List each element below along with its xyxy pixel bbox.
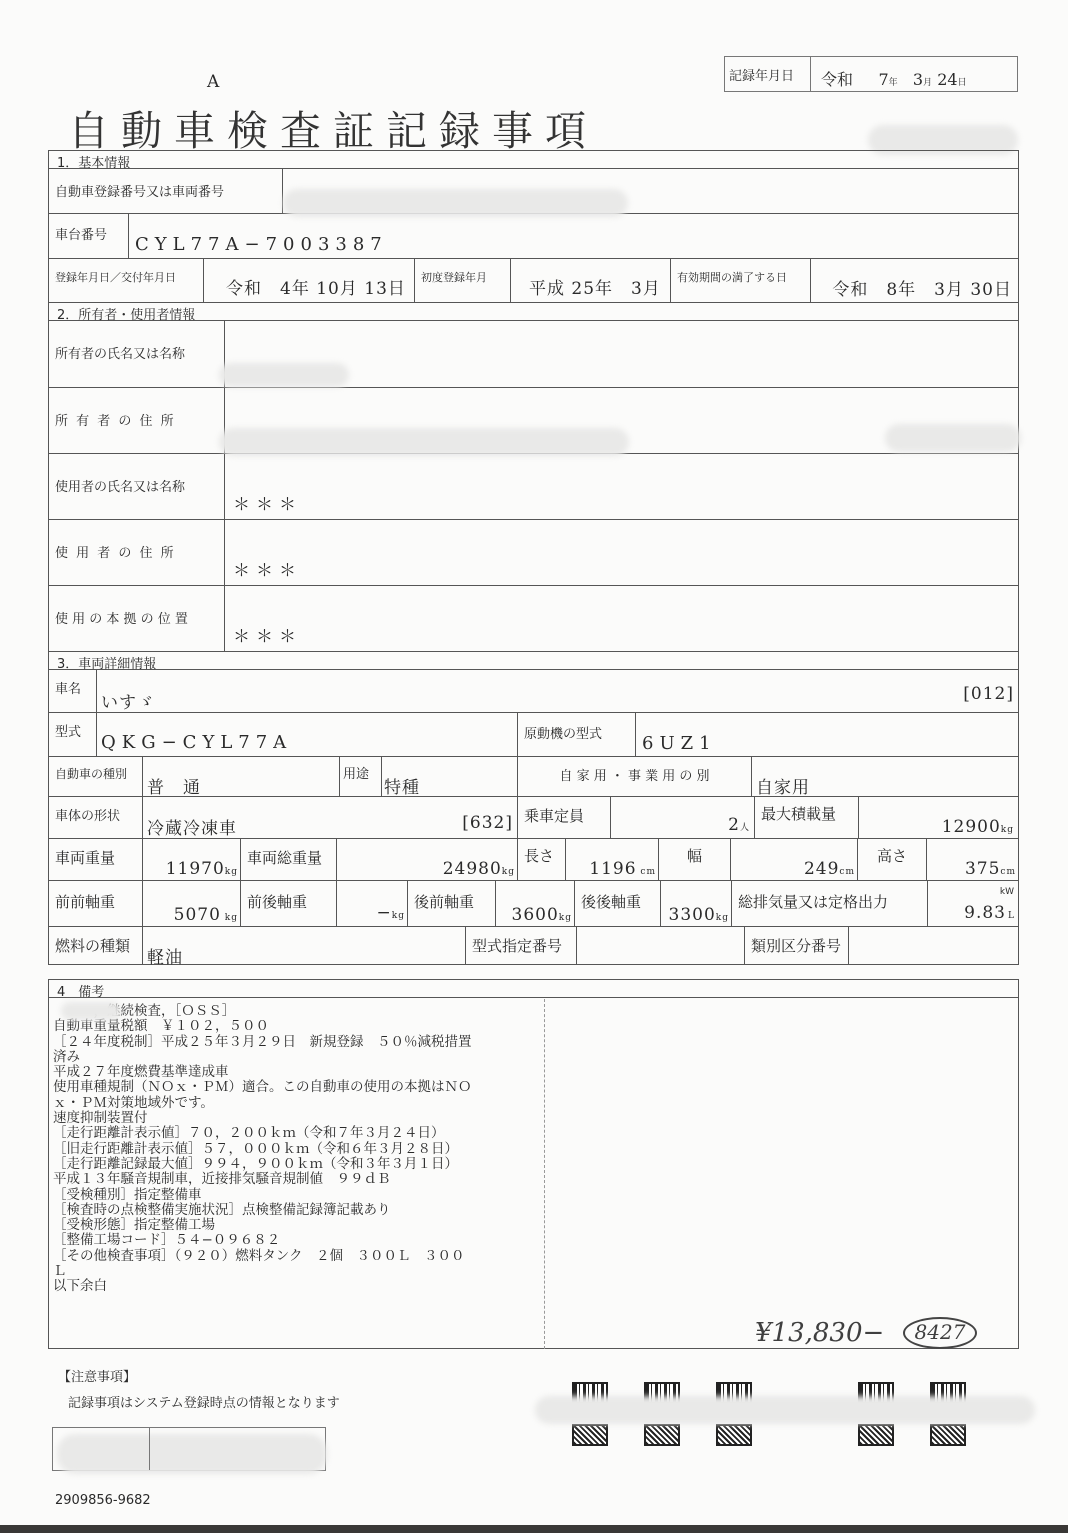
rr-axle-label: 後後軸重 bbox=[575, 881, 661, 926]
body-row: 車体の形状 冷蔵冷凍車 [632] 乗車定員 2人 最大積載量 12900kg bbox=[49, 797, 1018, 839]
fuel-label: 燃料の種類 bbox=[49, 927, 143, 964]
engine-label: 原動機の型式 bbox=[518, 713, 636, 756]
remarks-text: ，継続検査，［ＯＳＳ］自動車重量税額 ￥１０２，５００［２４年度税制］平成２５年… bbox=[53, 1004, 533, 1295]
form-mark: A bbox=[207, 72, 219, 92]
redacted-qr-strip bbox=[535, 1396, 1035, 1424]
inspection-form: 1．基本情報 自動車登録番号又は車両番号 車台番号 CYL77A−7003387… bbox=[48, 150, 1019, 965]
class-label: 自動車の種別 bbox=[49, 757, 143, 796]
remarks-line: ［走行距離計表示値］７０，２００ｋｍ（令和７年３月２４日） bbox=[53, 1126, 533, 1141]
rf-axle-value: 3600kg bbox=[512, 905, 572, 925]
qr-code-icon bbox=[572, 1424, 608, 1446]
remarks-line: 以下余白 bbox=[53, 1279, 533, 1294]
qr-code-icon bbox=[930, 1424, 966, 1446]
fr-axle-value: −kg bbox=[377, 903, 405, 923]
height-label: 高さ bbox=[858, 839, 927, 880]
desk-background bbox=[0, 1525, 1068, 1533]
owner-address-label: 所 有 者 の 住 所 bbox=[49, 388, 225, 453]
remarks-divider bbox=[544, 999, 545, 1349]
model-value: QKG−CYL77A bbox=[101, 732, 292, 753]
document-page: A 記録年月日 令和 7年 3月 24日 自動車検査証記録事項 1．基本情報 自… bbox=[0, 0, 1068, 1525]
redacted-owner-name bbox=[219, 363, 349, 387]
category-number-label: 類別区分番号 bbox=[745, 927, 849, 964]
fuel-row: 燃料の種類 軽油 型式指定番号 類別区分番号 bbox=[49, 927, 1018, 965]
capacity-value: 2人 bbox=[728, 815, 750, 835]
reg-number-label: 自動車登録番号又は車両番号 bbox=[49, 169, 283, 213]
notice-heading: 【注意事項】 bbox=[58, 1366, 136, 1385]
fuel-value: 軽油 bbox=[147, 943, 183, 968]
reg-date-label: 登録年月日／交付年月日 bbox=[49, 259, 204, 302]
owner-name-row: 所有者の氏名又は名称 bbox=[49, 321, 1018, 388]
user-name-row: 使用者の氏名又は名称 ＊＊＊ bbox=[49, 454, 1018, 520]
vehicle-name-label: 車名 bbox=[49, 670, 97, 712]
remarks-line: ｘ・ＰＭ対策地域外です。 bbox=[53, 1096, 533, 1111]
dimensions-row: 車両重量 11970kg 車両総重量 24980kg 長さ 1196 cm 幅 … bbox=[49, 839, 1018, 881]
length-label: 長さ bbox=[518, 839, 566, 880]
owner-name-label: 所有者の氏名又は名称 bbox=[49, 321, 225, 387]
remarks-line: ［旧走行距離計表示値］５７，０００ｋｍ（令和６年３月２８日） bbox=[53, 1142, 533, 1157]
width-value: 249cm bbox=[804, 859, 855, 879]
qr-code-icon bbox=[858, 1424, 894, 1446]
first-reg-label: 初度登録年月 bbox=[415, 259, 511, 302]
use-label: 用途 bbox=[340, 757, 382, 796]
redacted-remark bbox=[61, 1002, 121, 1020]
redacted-owner-address-2 bbox=[885, 424, 1021, 452]
section-owner-heading: 2．所有者・使用者情報 bbox=[49, 303, 1018, 321]
qr-code-icon bbox=[644, 1424, 680, 1446]
capacity-label: 乗車定員 bbox=[518, 797, 611, 838]
remarks-line: ［検査時の点検整備実施状況］点検整備記録簿記載あり bbox=[53, 1203, 533, 1218]
axle-row: 前前軸重 5070 kg 前後軸重 −kg 後前軸重 3600kg 後後軸重 3… bbox=[49, 881, 1018, 927]
record-date-label: 記録年月日 bbox=[725, 57, 811, 91]
redacted-stamp bbox=[57, 1434, 327, 1474]
reg-number-value bbox=[283, 169, 1018, 213]
remarks-line: ［その他検査事項］（９２０）燃料タンク ２個 ３００Ｌ ３００ bbox=[53, 1249, 533, 1264]
height-value: 375cm bbox=[965, 859, 1016, 879]
qr-code-icon bbox=[716, 1424, 752, 1446]
remarks-line: ［受検種別］指定整備車 bbox=[53, 1188, 533, 1203]
type-designation-value bbox=[577, 927, 745, 964]
remarks-line: Ｌ bbox=[53, 1264, 533, 1279]
remarks-heading: 4 備考 bbox=[49, 980, 1018, 998]
reg-number-row: 自動車登録番号又は車両番号 bbox=[49, 169, 1018, 214]
chassis-row: 車台番号 CYL77A−7003387 bbox=[49, 214, 1018, 259]
expiry-label: 有効期間の満了する日 bbox=[671, 259, 811, 302]
category-number-value bbox=[849, 927, 1018, 964]
redacted-owner-address bbox=[219, 428, 629, 456]
fr-axle-label: 前後軸重 bbox=[241, 881, 337, 926]
user-address-row: 使 用 者 の 住 所 ＊＊＊ bbox=[49, 520, 1018, 586]
remarks-section: 4 備考 ，継続検査，［ＯＳＳ］自動車重量税額 ￥１０２，５００［２４年度税制］… bbox=[48, 979, 1019, 1349]
max-load-value: 12900kg bbox=[942, 817, 1014, 837]
remarks-line: 使用車種規制（ＮＯｘ・ＰＭ）適合。この自動車の使用の本拠はＮＯ bbox=[53, 1080, 533, 1095]
use-value: 特種 bbox=[384, 773, 420, 798]
remarks-line: 済み bbox=[53, 1050, 533, 1065]
chassis-value: CYL77A−7003387 bbox=[135, 234, 388, 255]
body-shape-code: [632] bbox=[462, 813, 513, 833]
length-value: 1196 cm bbox=[589, 859, 656, 879]
remarks-line: ［２４年度税制］平成２５年３月２９日 新規登録 ５０％減税措置 bbox=[53, 1035, 533, 1050]
gross-weight-value: 24980kg bbox=[443, 859, 515, 879]
private-business-value: 自家用 bbox=[756, 773, 810, 798]
body-shape-value: 冷蔵冷凍車 bbox=[147, 814, 237, 839]
owner-address-row: 所 有 者 の 住 所 bbox=[49, 388, 1018, 454]
base-location-value: ＊＊＊ bbox=[233, 622, 302, 647]
vehicle-name-row: 車名 いすゞ [012] bbox=[49, 670, 1018, 713]
first-reg-value: 平成 25年 3月 bbox=[529, 274, 661, 299]
displacement-label: 総排気量又は定格出力 bbox=[732, 881, 928, 926]
handwritten-circled-number: 8427 bbox=[903, 1317, 977, 1349]
dates-row: 登録年月日／交付年月日 令和 4年 10月 13日 初度登録年月 平成 25年 … bbox=[49, 259, 1018, 303]
rr-axle-value: 3300kg bbox=[669, 905, 729, 925]
max-load-label: 最大積載量 bbox=[755, 797, 859, 838]
l-unit: L bbox=[1008, 911, 1014, 921]
record-date-value: 令和 7年 3月 24日 bbox=[811, 57, 1017, 91]
weight-value: 11970kg bbox=[166, 859, 238, 879]
expiry-value: 令和 8年 3月 30日 bbox=[832, 275, 1012, 300]
model-row: 型式 QKG−CYL77A 原動機の型式 6UZ1 bbox=[49, 713, 1018, 757]
section-vehicle-heading: 3．車両詳細情報 bbox=[49, 652, 1018, 670]
base-location-row: 使 用 の 本 拠 の 位 置 ＊＊＊ bbox=[49, 586, 1018, 652]
engine-value: 6UZ1 bbox=[642, 733, 717, 754]
reg-date-value: 令和 4年 10月 13日 bbox=[226, 274, 406, 299]
weight-label: 車両重量 bbox=[49, 839, 143, 880]
base-location-label: 使 用 の 本 拠 の 位 置 bbox=[49, 586, 225, 651]
user-address-value: ＊＊＊ bbox=[233, 556, 302, 581]
gross-weight-label: 車両総重量 bbox=[241, 839, 337, 880]
vehicle-name-code: [012] bbox=[963, 684, 1014, 704]
remarks-line: ［整備工場コード］５４−０９６８２ bbox=[53, 1233, 533, 1248]
user-name-value: ＊＊＊ bbox=[233, 490, 302, 515]
model-label: 型式 bbox=[49, 713, 97, 756]
class-row: 自動車の種別 普 通 用途 特種 自 家 用 ・ 事 業 用 の 別 自家用 bbox=[49, 757, 1018, 797]
width-label: 幅 bbox=[659, 839, 731, 880]
remarks-line: ［走行距離記録最大値］９９４，９００ｋｍ（令和３年３月１日） bbox=[53, 1157, 533, 1172]
remarks-line: 平成１３年騒音規制車，近接排気騒音規制値 ９９ｄＢ bbox=[53, 1172, 533, 1187]
type-designation-label: 型式指定番号 bbox=[466, 927, 577, 964]
redacted-reg-number bbox=[283, 189, 628, 217]
body-shape-label: 車体の形状 bbox=[49, 797, 143, 838]
remarks-line: ，継続検査，［ＯＳＳ］ bbox=[53, 1004, 533, 1019]
chassis-label: 車台番号 bbox=[49, 214, 129, 258]
vehicle-name-value: いすゞ bbox=[101, 688, 155, 713]
remarks-line: 自動車重量税額 ￥１０２，５００ bbox=[53, 1019, 533, 1034]
user-address-label: 使 用 者 の 住 所 bbox=[49, 520, 225, 585]
class-value: 普 通 bbox=[147, 773, 201, 798]
page-title: 自動車検査証記録事項 bbox=[68, 98, 598, 157]
ff-axle-value: 5070 kg bbox=[174, 905, 238, 925]
ff-axle-label: 前前軸重 bbox=[49, 881, 143, 926]
kw-unit: kW bbox=[1000, 887, 1014, 897]
record-date-box: 記録年月日 令和 7年 3月 24日 bbox=[724, 56, 1018, 92]
section-basic-heading: 1．基本情報 bbox=[49, 151, 1018, 169]
displacement-value: 9.83 bbox=[964, 903, 1006, 923]
private-business-label: 自 家 用 ・ 事 業 用 の 別 bbox=[518, 757, 752, 796]
stamp-box bbox=[52, 1427, 326, 1471]
document-number: 2909856-9682 bbox=[55, 1493, 151, 1508]
rf-axle-label: 後前軸重 bbox=[408, 881, 496, 926]
user-name-label: 使用者の氏名又は名称 bbox=[49, 454, 225, 519]
notice-text: 記録事項はシステム登録時点の情報となります bbox=[68, 1392, 340, 1411]
handwritten-amount: ¥13,830− bbox=[755, 1318, 884, 1348]
